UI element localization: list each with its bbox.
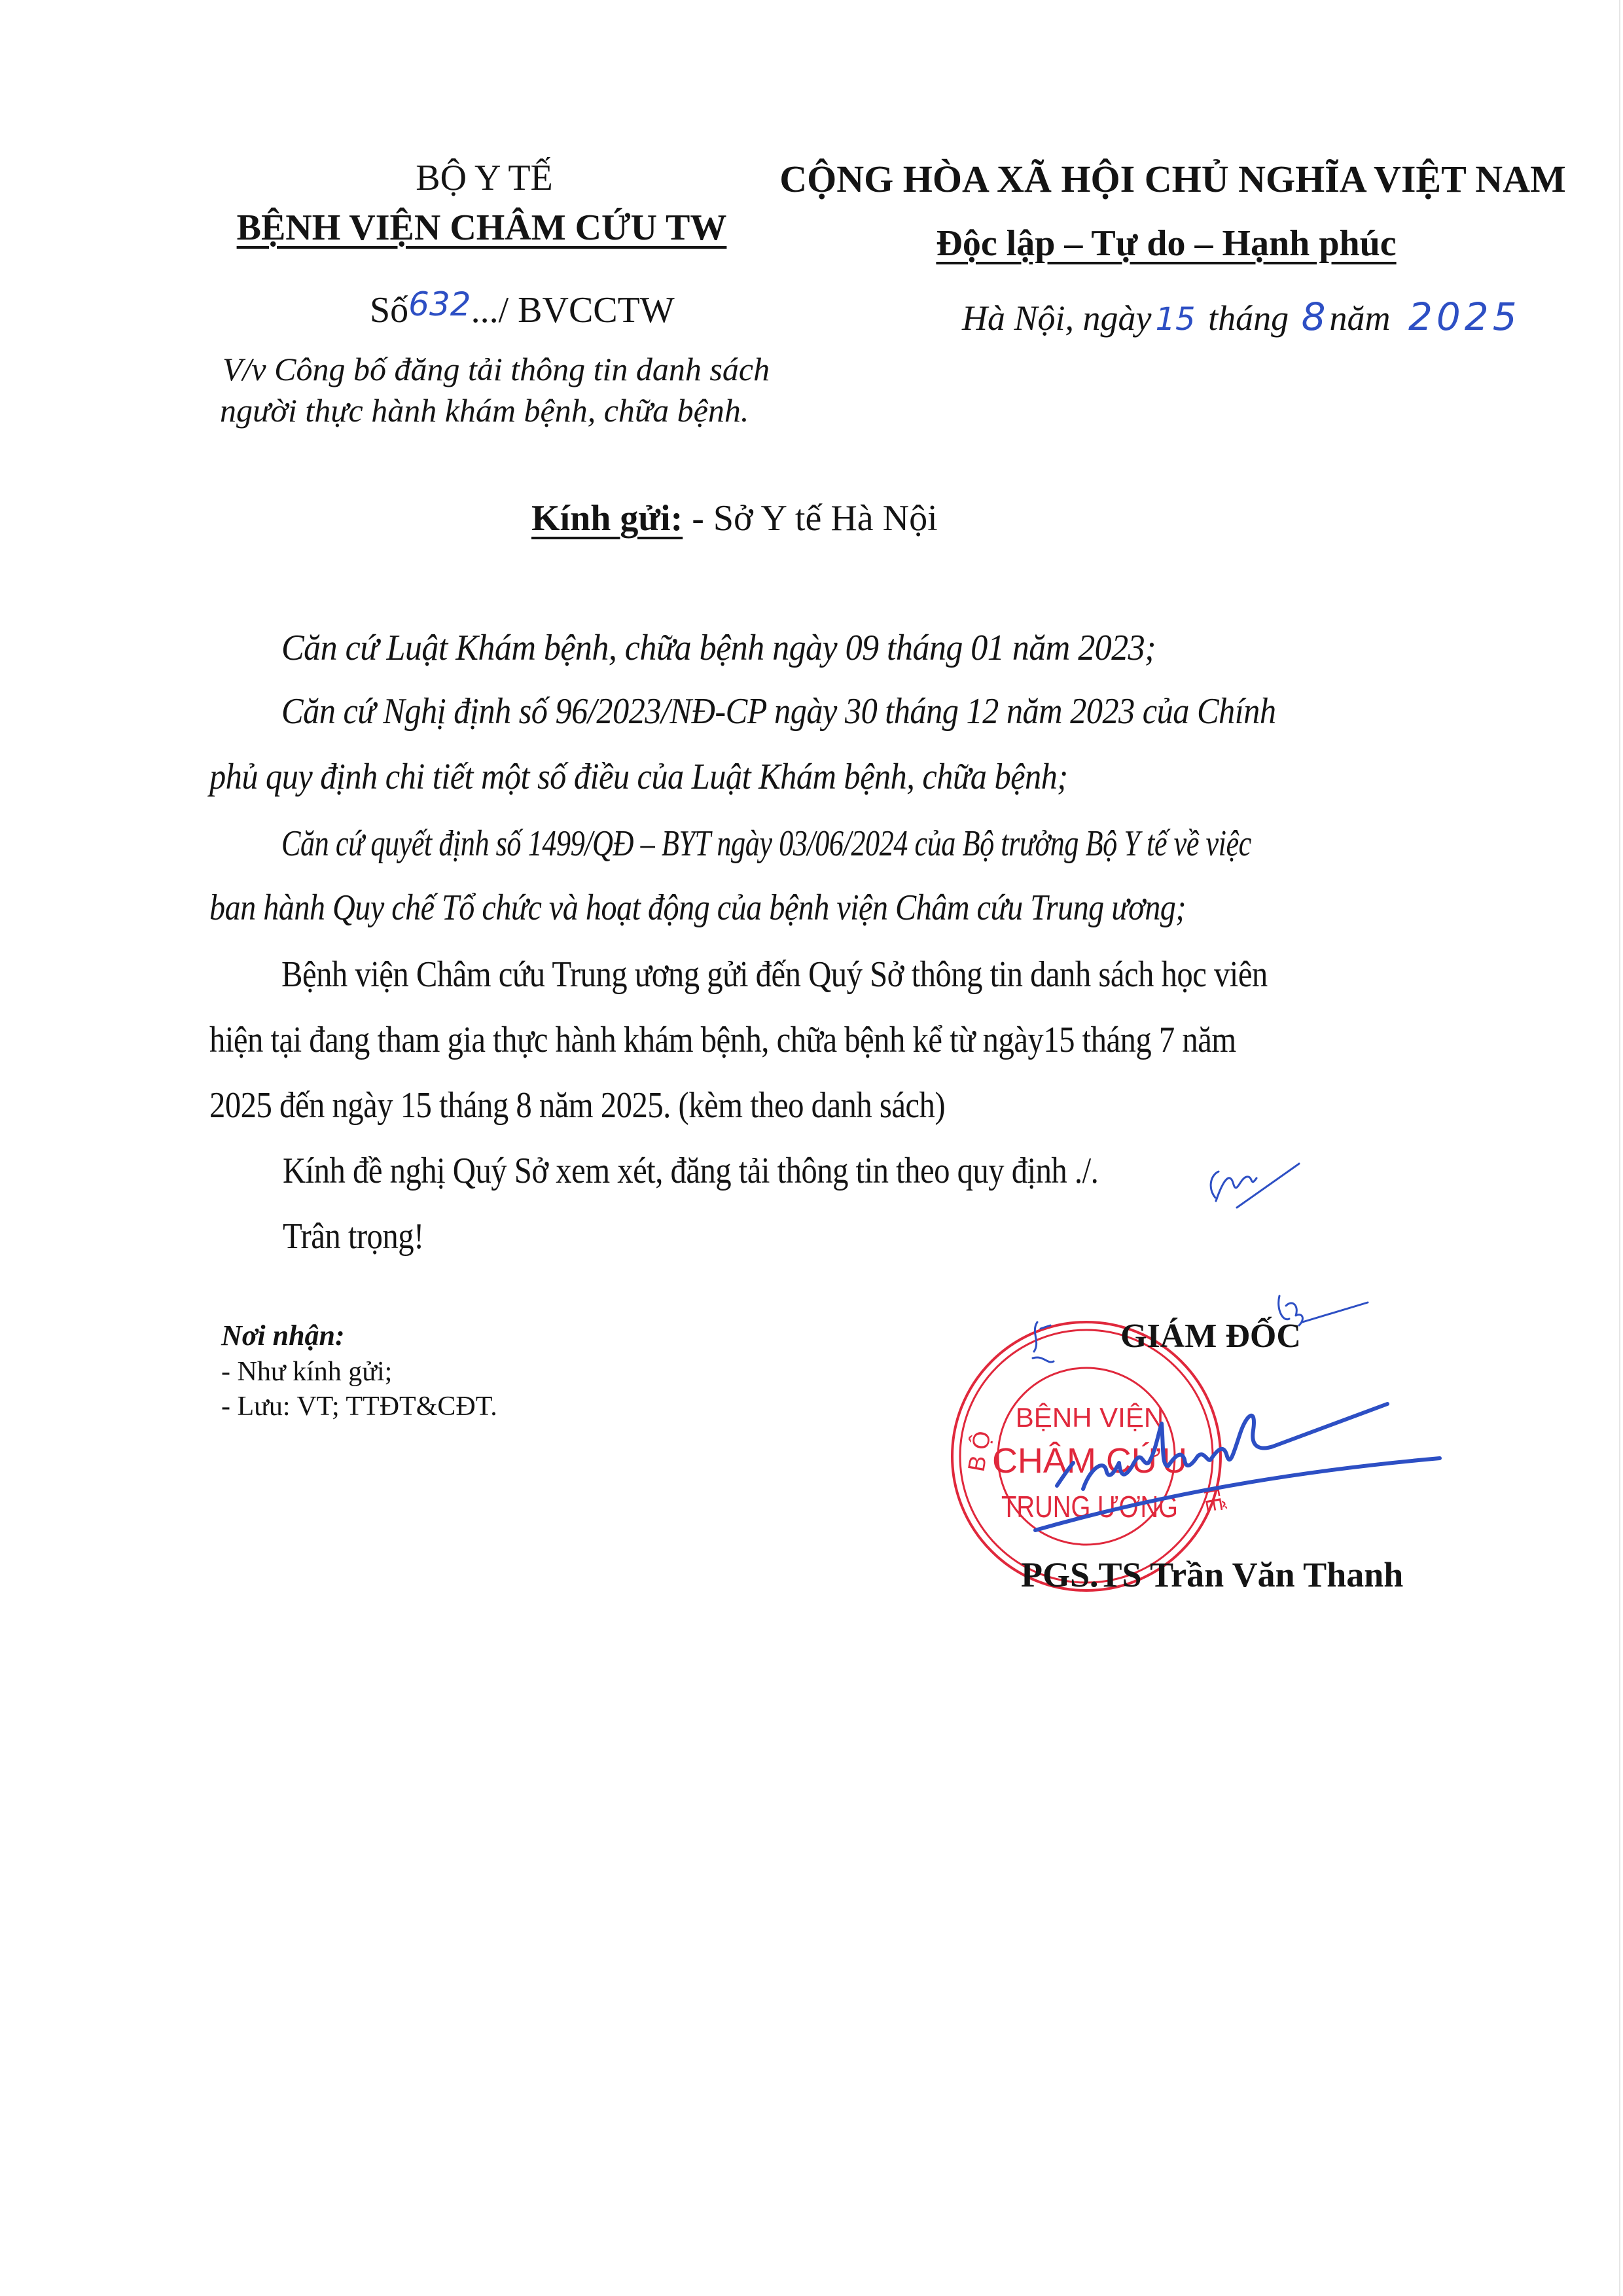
stamp-outer-ring-inner: [960, 1330, 1213, 1583]
body-line: phủ quy định chi tiết một số điều của Lu…: [209, 756, 1163, 798]
doc-number-suffix: / BVCCTW: [499, 290, 675, 331]
body-line: hiện tại đang tham gia thực hành khám bệ…: [209, 1019, 1389, 1061]
stamp-ring-text-left: B Ộ: [963, 1429, 996, 1473]
date-day: 15: [1156, 301, 1196, 338]
body-line: Kính đề nghị Quý Sở xem xét, đăng tải th…: [283, 1150, 1220, 1192]
paraph-initials: [1211, 1164, 1299, 1208]
signer-position: GIÁM ĐỐC: [1120, 1317, 1301, 1355]
date-place: Hà Nội, ngày: [962, 298, 1152, 338]
subject-line-1: V/v Công bố đăng tải thông tin danh sách: [223, 350, 770, 388]
organization-name: BỆNH VIỆN CHÂM CỨU TW: [237, 207, 727, 249]
body-line: Căn cứ Luật Khám bệnh, chữa bệnh ngày 09…: [281, 627, 1221, 669]
signature-stroke: [1057, 1404, 1387, 1489]
body-line: Căn cứ Nghị định số 96/2023/NĐ-CP ngày 3…: [281, 691, 1386, 732]
national-motto: Độc lập – Tự do – Hạnh phúc: [936, 223, 1396, 264]
doc-number-handwritten: 632: [408, 285, 471, 323]
scan-edge-line: [1619, 0, 1620, 2296]
initials-mark-small: [1033, 1322, 1054, 1362]
ministry-name: BỘ Y TẾ: [416, 157, 552, 199]
country-name: CỘNG HÒA XÃ HỘI CHỦ NGHĨA VIỆT NAM: [779, 157, 1566, 201]
doc-number-prefix: Số: [370, 290, 408, 331]
body-line: ban hành Quy chế Tổ chức và hoạt động củ…: [209, 887, 1345, 929]
date-month-label: tháng: [1208, 298, 1289, 338]
subject-line-2: người thực hành khám bệnh, chữa bệnh.: [220, 391, 749, 429]
stamp-text-line-1: BỆNH VIỆN: [1016, 1402, 1164, 1433]
addressee: Kính gửi: - Sở Y tế Hà Nội: [531, 497, 938, 539]
official-stamp: BỆNH VIỆN CHÂM CỨU TRUNG ƯƠNG B Ộ TẾ: [952, 1322, 1227, 1590]
stamp-and-signature-graphics: BỆNH VIỆN CHÂM CỨU TRUNG ƯƠNG B Ộ TẾ: [0, 0, 1623, 2296]
doc-number-dots: ...: [471, 290, 499, 331]
addressee-recipient: - Sở Y tế Hà Nội: [692, 498, 937, 539]
date-year-label: năm: [1330, 298, 1391, 338]
date-month: 8: [1302, 295, 1326, 339]
document-number: Số632.../ BVCCTW: [370, 289, 675, 331]
stamp-text-line-2: CHÂM CỨU: [992, 1441, 1187, 1480]
recipient-item: - Lưu: VT; TTĐT&CĐT.: [221, 1391, 497, 1422]
stamp-inner-ring: [998, 1368, 1175, 1545]
recipient-item: - Như kính gửi;: [221, 1356, 392, 1388]
stamp-ring-text-right: TẾ: [1198, 1482, 1227, 1515]
body-line: Trân trọng!: [283, 1215, 445, 1257]
stamp-outer-ring: [952, 1322, 1221, 1590]
signer-name: PGS.TS Trần Văn Thanh: [1021, 1554, 1403, 1595]
date-year: 2025: [1408, 295, 1521, 339]
body-line: Bệnh viện Châm cứu Trung ương gửi đến Qu…: [281, 954, 1415, 996]
body-line: Căn cứ quyết định số 1499/QĐ – BYT ngày …: [281, 823, 1509, 865]
signature-underline: [1035, 1458, 1440, 1530]
addressee-label: Kính gửi:: [531, 498, 683, 539]
stamp-text-line-3: TRUNG ƯƠNG: [1001, 1490, 1178, 1524]
date-line: Hà Nội, ngày15 tháng 8năm 2025: [962, 295, 1521, 339]
recipients-title: Nơi nhận:: [221, 1319, 345, 1352]
body-line: 2025 đến ngày 15 tháng 8 năm 2025. (kèm …: [209, 1085, 1055, 1126]
